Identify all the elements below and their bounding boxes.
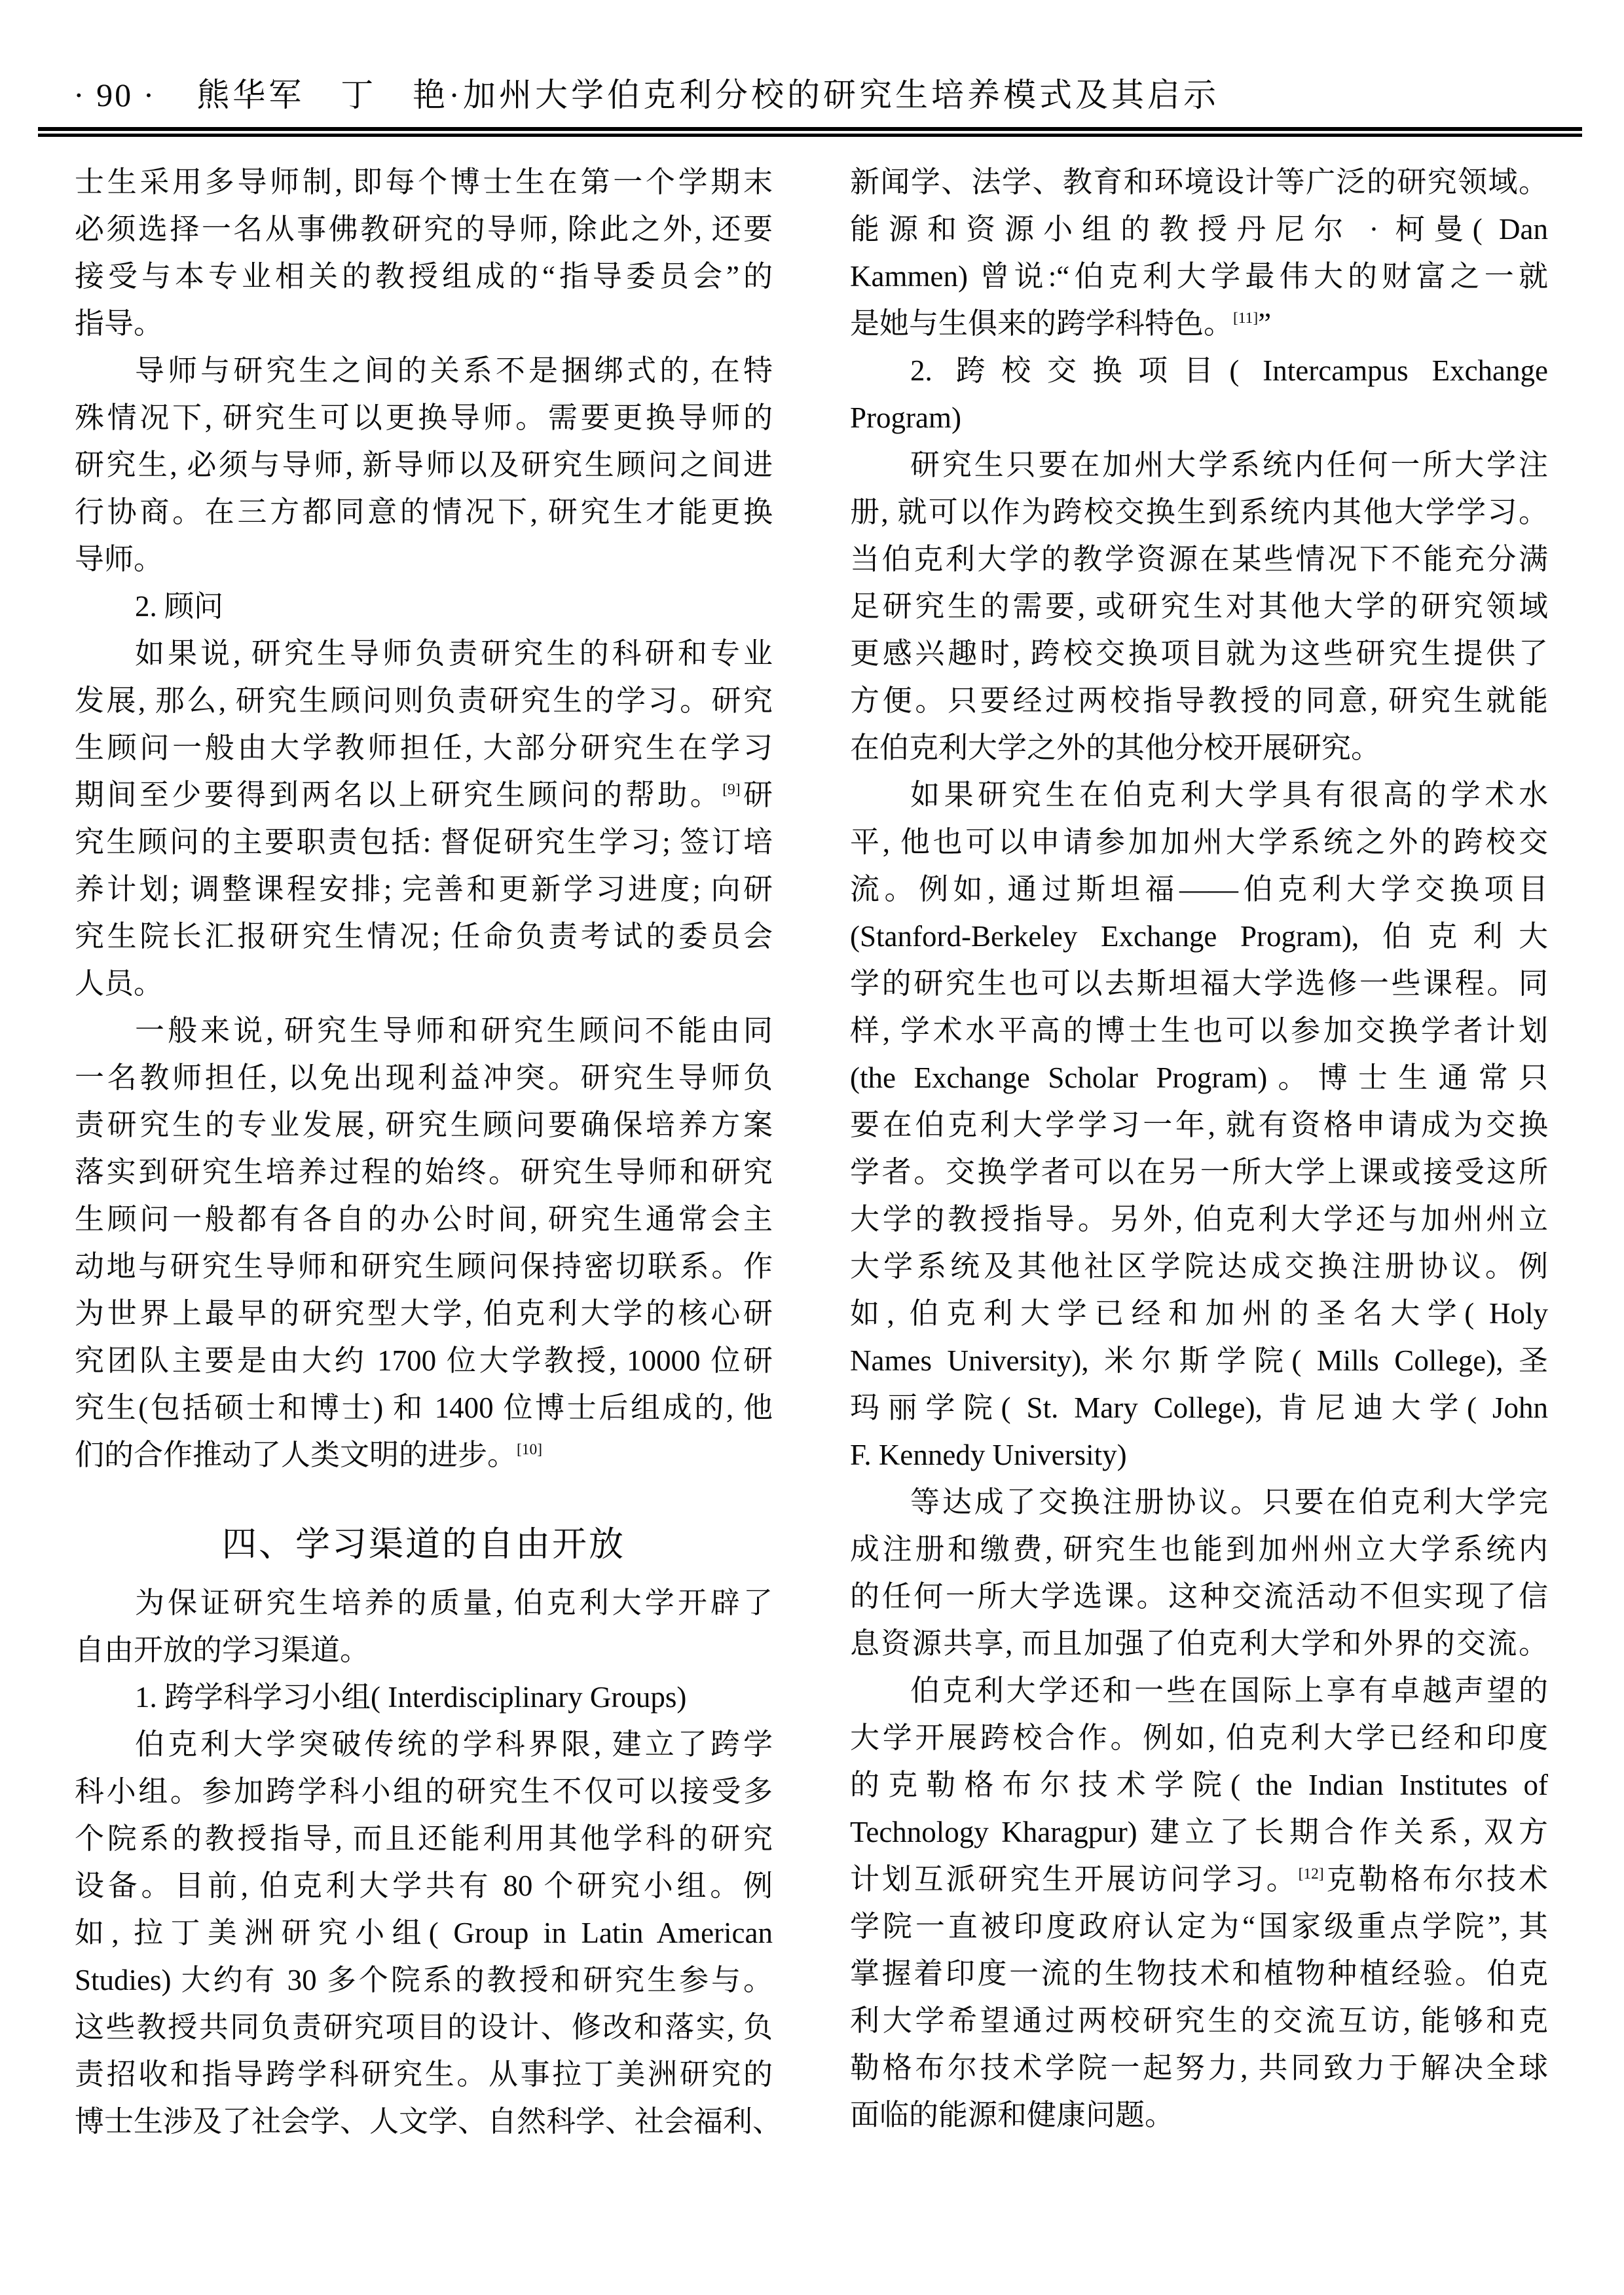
text-line: 玛丽学院( St. Mary College), 肯尼迪大学( John: [850, 1384, 1548, 1431]
text-line: 这些教授共同负责研究项目的设计、修改和落实, 负: [75, 2004, 773, 2051]
text-line: 如果研究生在伯克利大学具有很高的学术水: [850, 771, 1548, 818]
text-line: 更感兴趣时, 跨校交换项目就为这些研究生提供了: [850, 630, 1548, 677]
section-heading: 四、学习渠道的自由开放: [75, 1519, 773, 1570]
line-text: 是她与生俱来的跨学科特色。: [850, 307, 1233, 340]
line-text: 计划互派研究生开展访问学习。: [850, 1863, 1299, 1896]
text-line: 伯克利大学突破传统的学科界限, 建立了跨学: [75, 1721, 773, 1768]
text-line: 学者。交换学者可以在另一所大学上课或接受这所: [850, 1148, 1548, 1196]
text-line: 动地与研究生导师和研究生顾问保持密切联系。作: [75, 1243, 773, 1290]
text-line: 如, 伯克利大学已经和加州的圣名大学( Holy: [850, 1290, 1548, 1337]
text-line: Studies) 大约有 30 多个院系的教授和研究生参与。: [75, 1956, 773, 2004]
citation-marker: [11]: [1233, 310, 1258, 327]
text-line: 学院一直被印度政府认定为“国家级重点学院”, 其: [850, 1903, 1548, 1950]
text-line: 为保证研究生培养的质量, 伯克利大学开辟了: [75, 1579, 773, 1626]
text-line: 新闻学、法学、教育和环境设计等广泛的研究领域。: [850, 158, 1548, 206]
text-line: 利大学希望通过两校研究生的交流互访, 能够和克: [850, 1997, 1548, 2044]
text-line: 是她与生俱来的跨学科特色。[11]”: [850, 300, 1548, 347]
text-line: 成注册和缴费, 研究生也能到加州州立大学系统内: [850, 1526, 1548, 1573]
text-line: 殊情况下, 研究生可以更换导师。需要更换导师的: [75, 394, 773, 441]
text-line: 行协商。在三方都同意的情况下, 研究生才能更换: [75, 488, 773, 536]
text-line: 息资源共享, 而且加强了伯克利大学和外界的交流。: [850, 1620, 1548, 1667]
text-line: 科小组。参加跨学科小组的研究生不仅可以接受多: [75, 1768, 773, 1815]
text-line: 要在伯克利大学学习一年, 就有资格申请成为交换: [850, 1101, 1548, 1148]
text-line: 们的合作推动了人类文明的进步。[10]: [75, 1431, 773, 1478]
text-line: 导师。: [75, 536, 773, 583]
right-column: 新闻学、法学、教育和环境设计等广泛的研究领域。 能源和资源小组的教授丹尼尔 · …: [850, 158, 1548, 2139]
text-line: 足研究生的需要, 或研究生对其他大学的研究领域: [850, 583, 1548, 630]
text-line: 生顾问一般都有各自的办公时间, 研究生通常会主: [75, 1196, 773, 1243]
text-line: 发展, 那么, 研究生顾问则负责研究生的学习。研究: [75, 677, 773, 724]
text-line: 究生顾问的主要职责包括: 督促研究生学习; 签订培: [75, 818, 773, 866]
text-line: 接受与本专业相关的教授组成的“指导委员会”的: [75, 253, 773, 300]
text-line: 养计划; 调整课程安排; 完善和更新学习进度; 向研: [75, 866, 773, 913]
citation-marker: [10]: [517, 1441, 542, 1458]
text-line: 的任何一所大学选课。这种交流活动不但实现了信: [850, 1573, 1548, 1620]
paper-page: · 90 · 熊华军 丁 艳·加州大学伯克利分校的研究生培养模式及其启示 士生采…: [0, 0, 1624, 2295]
text-line: F. Kennedy University): [850, 1431, 1548, 1478]
text-line: 大学的教授指导。另外, 伯克利大学还与加州州立: [850, 1196, 1548, 1243]
line-text: 们的合作推动了人类文明的进步。: [75, 1439, 517, 1471]
header-rule: [38, 127, 1582, 137]
text-line: 指导。: [75, 300, 773, 347]
line-text: ”: [1258, 307, 1271, 340]
text-line: 责研究生的专业发展, 研究生顾问要确保培养方案: [75, 1101, 773, 1148]
text-line: 在伯克利大学之外的其他分校开展研究。: [850, 724, 1548, 771]
text-line: 研究生只要在加州大学系统内任何一所大学注: [850, 441, 1548, 488]
citation-marker: [12]: [1299, 1865, 1324, 1882]
text-line: 士生采用多导师制, 即每个博士生在第一个学期末: [75, 158, 773, 206]
text-line: Names University), 米尔斯学院( Mills College)…: [850, 1337, 1548, 1384]
text-line: 研究生, 必须与导师, 新导师以及研究生顾问之间进: [75, 441, 773, 488]
text-line: 落实到研究生培养过程的始终。研究生导师和研究: [75, 1148, 773, 1196]
text-line: 等达成了交换注册协议。只要在伯克利大学完: [850, 1478, 1548, 1526]
text-line: 学的研究生也可以去斯坦福大学选修一些课程。同: [850, 960, 1548, 1007]
text-line: 博士生涉及了社会学、人文学、自然科学、社会福利、: [75, 2098, 773, 2145]
text-line: 能源和资源小组的教授丹尼尔 · 柯曼( Dan: [850, 206, 1548, 253]
page-header: · 90 · 熊华军 丁 艳·加州大学伯克利分校的研究生培养模式及其启示: [73, 71, 1551, 119]
left-column: 士生采用多导师制, 即每个博士生在第一个学期末 必须选择一名从事佛教研究的导师,…: [75, 158, 773, 2145]
text-line: 为世界上最早的研究型大学, 伯克利大学的核心研: [75, 1290, 773, 1337]
text-line: 期间至少要得到两名以上研究生顾问的帮助。[9]研: [75, 771, 773, 818]
citation-marker: [9]: [722, 781, 740, 798]
text-line: Technology Kharagpur) 建立了长期合作关系, 双方: [850, 1808, 1548, 1856]
running-title: 熊华军 丁 艳·加州大学伯克利分校的研究生培养模式及其启示: [196, 71, 1219, 119]
line-text: 期间至少要得到两名以上研究生顾问的帮助。: [75, 779, 722, 811]
text-line: Program): [850, 394, 1548, 441]
text-line: 究生(包括硕士和博士) 和 1400 位博士后组成的, 他: [75, 1384, 773, 1431]
text-line: 流。例如, 通过斯坦福——伯克利大学交换项目: [850, 866, 1548, 913]
text-line: 自由开放的学习渠道。: [75, 1626, 773, 1674]
line-text: 克勒格布尔技术: [1324, 1863, 1548, 1896]
text-line: 方便。只要经过两校指导教授的同意, 研究生就能: [850, 677, 1548, 724]
line-text: 研: [741, 779, 773, 811]
text-line: (the Exchange Scholar Program)。博士生通常只: [850, 1054, 1548, 1101]
text-line: 导师与研究生之间的关系不是捆绑式的, 在特: [75, 347, 773, 394]
text-line: 究团队主要是由大约 1700 位大学教授, 10000 位研: [75, 1337, 773, 1384]
text-line: 人员。: [75, 960, 773, 1007]
text-line: Kammen) 曾说:“伯克利大学最伟大的财富之一就: [850, 253, 1548, 300]
text-line: (Stanford-Berkeley Exchange Program), 伯克…: [850, 913, 1548, 960]
text-line: 必须选择一名从事佛教研究的导师, 除此之外, 还要: [75, 206, 773, 253]
text-line: 大学开展跨校合作。例如, 伯克利大学已经和印度: [850, 1714, 1548, 1761]
text-line: 面临的能源和健康问题。: [850, 2091, 1548, 2139]
subsection-label: 1. 跨学科学习小组( Interdisciplinary Groups): [75, 1674, 773, 1721]
subsection-label: 2. 顾问: [75, 583, 773, 630]
text-line: 个院系的教授指导, 而且还能利用其他学科的研究: [75, 1815, 773, 1862]
text-line: 伯克利大学还和一些在国际上享有卓越声望的: [850, 1667, 1548, 1714]
text-line: 掌握着印度一流的生物技术和植物种植经验。伯克: [850, 1950, 1548, 1997]
text-line: 册, 就可以作为跨校交换生到系统内其他大学学习。: [850, 488, 1548, 536]
text-line: 生顾问一般由大学教师担任, 大部分研究生在学习: [75, 724, 773, 771]
text-line: 一名教师担任, 以免出现利益冲突。研究生导师负: [75, 1054, 773, 1101]
text-line: 计划互派研究生开展访问学习。[12]克勒格布尔技术: [850, 1856, 1548, 1903]
text-line: 大学系统及其他社区学院达成交换注册协议。例: [850, 1243, 1548, 1290]
text-line: 平, 他也可以申请参加加州大学系统之外的跨校交: [850, 818, 1548, 866]
text-line: 的克勒格布尔技术学院( the Indian Institutes of: [850, 1761, 1548, 1808]
text-line: 一般来说, 研究生导师和研究生顾问不能由同: [75, 1007, 773, 1054]
subsection-label: 2. 跨校交换项目( Intercampus Exchange: [850, 347, 1548, 394]
text-line: 当伯克利大学的教学资源在某些情况下不能充分满: [850, 536, 1548, 583]
text-line: 勒格布尔技术学院一起努力, 共同致力于解决全球: [850, 2044, 1548, 2091]
text-line: 如果说, 研究生导师负责研究生的科研和专业: [75, 630, 773, 677]
text-line: 究生院长汇报研究生情况; 任命负责考试的委员会: [75, 913, 773, 960]
page-number: · 90 ·: [73, 71, 156, 119]
text-line: 责招收和指导跨学科研究生。从事拉丁美洲研究的: [75, 2051, 773, 2098]
text-line: 如, 拉丁美洲研究小组( Group in Latin American: [75, 1909, 773, 1956]
text-line: 样, 学术水平高的博士生也可以参加交换学者计划: [850, 1007, 1548, 1054]
text-line: 设备。目前, 伯克利大学共有 80 个研究小组。例: [75, 1862, 773, 1909]
